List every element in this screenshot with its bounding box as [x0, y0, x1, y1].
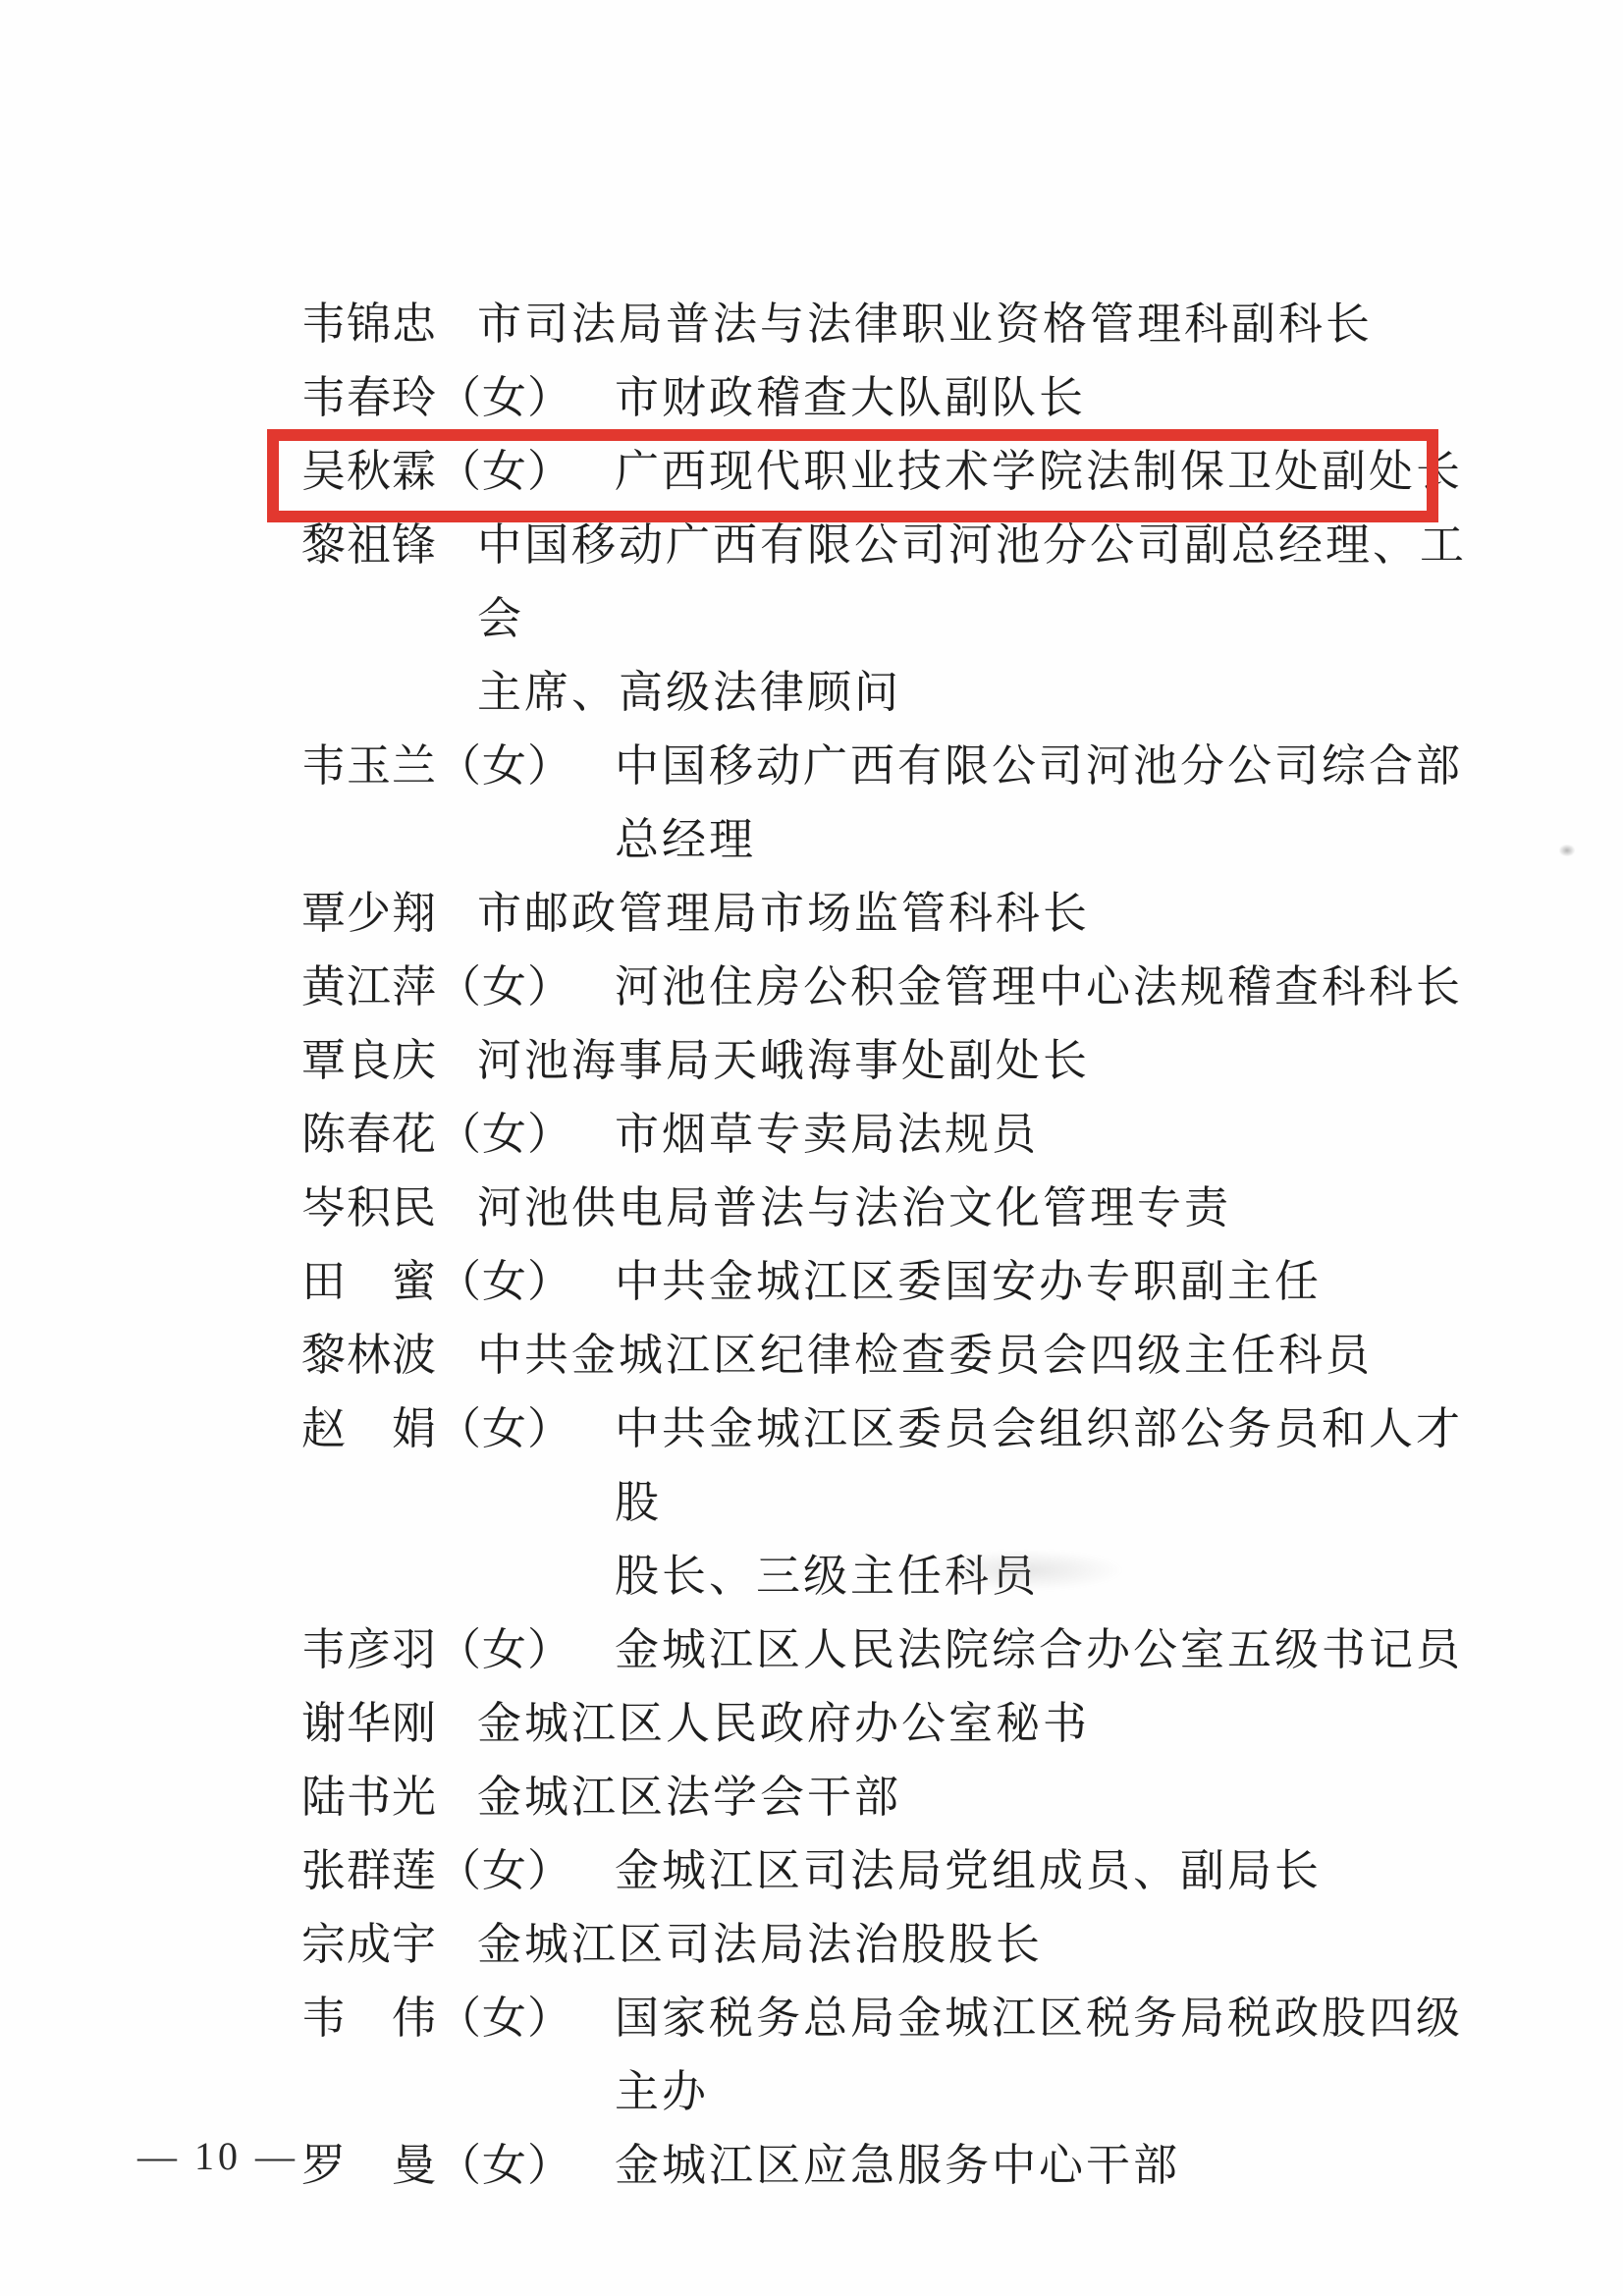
- person-title: 金城江区司法局党组成员、副局长: [615, 1834, 1505, 1908]
- person-entry: 陆书光 金城江区法学会干部: [301, 1761, 1505, 1834]
- person-name: 岑积民: [301, 1183, 437, 1232]
- person-name: 宗成宇: [301, 1920, 437, 1969]
- person-title: 中国移动广西有限公司河池分公司综合部总经理: [615, 730, 1505, 877]
- person-gender-label: （女）: [437, 447, 572, 496]
- person-name-column: 韦春玲（女）: [301, 361, 615, 435]
- person-entry: 赵 娟（女） 中共金城江区委员会组织部公务员和人才股 股长、三级主任科员: [301, 1393, 1505, 1613]
- person-name-column: 覃良庆: [301, 1024, 477, 1098]
- person-name-column: 覃少翔: [301, 877, 477, 951]
- person-entry: 覃少翔 市邮政管理局市场监管科科长: [301, 877, 1505, 951]
- person-entry: 黎林波 中共金城江区纪律检查委员会四级主任科员: [301, 1319, 1505, 1393]
- person-title: 中国移动广西有限公司河池分公司副总经理、工会 主席、高级法律顾问: [477, 509, 1505, 730]
- person-name-column: 韦 伟（女）: [301, 1982, 615, 2055]
- person-name-column: 黎林波: [301, 1319, 477, 1393]
- person-name: 覃少翔: [301, 889, 437, 938]
- person-gender-label: （女）: [437, 1846, 572, 1895]
- person-name-column: 宗成宇: [301, 1908, 477, 1982]
- person-name-column: 韦彦羽（女）: [301, 1613, 615, 1687]
- person-name-column: 陈春花（女）: [301, 1098, 615, 1172]
- person-entry: 韦锦忠 市司法局普法与法律职业资格管理科副科长: [301, 288, 1505, 361]
- person-title: 市司法局普法与法律职业资格管理科副科长: [477, 288, 1505, 361]
- person-title: 金城江区人民政府办公室秘书: [477, 1687, 1505, 1761]
- person-name: 陆书光: [301, 1773, 437, 1822]
- page-number: — 10 —: [137, 2119, 298, 2193]
- person-entry: 韦彦羽（女） 金城江区人民法院综合办公室五级书记员: [301, 1613, 1505, 1687]
- person-name-column: 吴秋霖（女）: [301, 435, 615, 509]
- person-name: 黄江萍: [301, 962, 437, 1011]
- person-entry: 韦玉兰（女） 中国移动广西有限公司河池分公司综合部总经理: [301, 730, 1505, 877]
- person-name: 陈春花: [301, 1110, 437, 1159]
- person-gender-label: （女）: [437, 1257, 572, 1306]
- person-title: 国家税务总局金城江区税务局税政股四级主办: [615, 1982, 1505, 2129]
- person-title: 市邮政管理局市场监管科科长: [477, 877, 1505, 951]
- person-name: 张群莲: [301, 1846, 437, 1895]
- person-name-column: 谢华刚: [301, 1687, 477, 1761]
- person-name: 罗 曼: [301, 2141, 437, 2190]
- person-gender-label: （女）: [437, 373, 572, 422]
- person-gender-label: （女）: [437, 962, 572, 1011]
- scan-dot-artifact: [1559, 845, 1575, 856]
- person-title: 中共金城江区委员会组织部公务员和人才股 股长、三级主任科员: [615, 1393, 1505, 1613]
- person-entry: 陈春花（女） 市烟草专卖局法规员: [301, 1098, 1505, 1172]
- person-entry: 田 蜜（女） 中共金城江区委国安办专职副主任: [301, 1245, 1505, 1319]
- person-gender-label: （女）: [437, 1994, 572, 2043]
- person-entry: 韦春玲（女） 市财政稽查大队副队长: [301, 361, 1505, 435]
- person-name: 韦 伟: [301, 1994, 437, 2043]
- person-name: 韦玉兰: [301, 741, 437, 791]
- person-entry: 罗 曼（女） 金城江区应急服务中心干部: [301, 2129, 1505, 2203]
- person-title: 金城江区应急服务中心干部: [615, 2129, 1505, 2203]
- person-name-column: 韦锦忠: [301, 288, 477, 361]
- entries-list: 韦锦忠 市司法局普法与法律职业资格管理科副科长 韦春玲（女） 市财政稽查大队副队…: [301, 288, 1505, 2203]
- person-name: 韦锦忠: [301, 300, 437, 349]
- person-entry: 黄江萍（女） 河池住房公积金管理中心法规稽查科科长: [301, 951, 1505, 1024]
- person-name: 吴秋霖: [301, 447, 437, 496]
- person-gender-label: （女）: [437, 2141, 572, 2190]
- person-gender-label: （女）: [437, 1110, 572, 1159]
- person-name: 覃良庆: [301, 1036, 437, 1085]
- person-name: 韦春玲: [301, 373, 437, 422]
- person-name-column: 黄江萍（女）: [301, 951, 615, 1024]
- person-title: 河池供电局普法与法治文化管理专责: [477, 1172, 1505, 1245]
- person-name: 赵 娟: [301, 1404, 437, 1453]
- person-title: 广西现代职业技术学院法制保卫处副处长: [615, 435, 1505, 509]
- person-name-column: 陆书光: [301, 1761, 477, 1834]
- person-entry: 宗成宇 金城江区司法局法治股股长: [301, 1908, 1505, 1982]
- person-entry: 韦 伟（女） 国家税务总局金城江区税务局税政股四级主办: [301, 1982, 1505, 2129]
- person-gender-label: （女）: [437, 741, 572, 791]
- person-name-column: 韦玉兰（女）: [301, 730, 615, 803]
- person-name: 黎林波: [301, 1331, 437, 1380]
- person-gender-label: （女）: [437, 1404, 572, 1453]
- person-entry: 岑积民 河池供电局普法与法治文化管理专责: [301, 1172, 1505, 1245]
- person-entry: 黎祖锋 中国移动广西有限公司河池分公司副总经理、工会 主席、高级法律顾问: [301, 509, 1505, 730]
- person-name-column: 黎祖锋: [301, 509, 477, 582]
- person-name-column: 岑积民: [301, 1172, 477, 1245]
- person-title: 金城江区法学会干部: [477, 1761, 1505, 1834]
- person-name: 谢华刚: [301, 1699, 437, 1748]
- person-name-column: 田 蜜（女）: [301, 1245, 615, 1319]
- person-title: 金城江区人民法院综合办公室五级书记员: [615, 1613, 1505, 1687]
- person-name-column: 罗 曼（女）: [301, 2129, 615, 2203]
- person-title: 市财政稽查大队副队长: [615, 361, 1505, 435]
- person-title: 河池海事局天峨海事处副处长: [477, 1024, 1505, 1098]
- person-name-column: 张群莲（女）: [301, 1834, 615, 1908]
- person-name: 韦彦羽: [301, 1625, 437, 1674]
- person-name-column: 赵 娟（女）: [301, 1393, 615, 1466]
- person-title: 中共金城江区委国安办专职副主任: [615, 1245, 1505, 1319]
- person-gender-label: （女）: [437, 1625, 572, 1674]
- person-entry: 吴秋霖（女） 广西现代职业技术学院法制保卫处副处长: [301, 435, 1505, 509]
- person-name: 田 蜜: [301, 1257, 437, 1306]
- document-page: 韦锦忠 市司法局普法与法律职业资格管理科副科长 韦春玲（女） 市财政稽查大队副队…: [0, 0, 1623, 2296]
- person-entry: 覃良庆 河池海事局天峨海事处副处长: [301, 1024, 1505, 1098]
- person-title: 市烟草专卖局法规员: [615, 1098, 1505, 1172]
- person-title: 中共金城江区纪律检查委员会四级主任科员: [477, 1319, 1505, 1393]
- person-name: 黎祖锋: [301, 520, 437, 570]
- person-title: 金城江区司法局法治股股长: [477, 1908, 1505, 1982]
- person-title: 河池住房公积金管理中心法规稽查科科长: [615, 951, 1505, 1024]
- person-entry: 张群莲（女） 金城江区司法局党组成员、副局长: [301, 1834, 1505, 1908]
- person-entry: 谢华刚 金城江区人民政府办公室秘书: [301, 1687, 1505, 1761]
